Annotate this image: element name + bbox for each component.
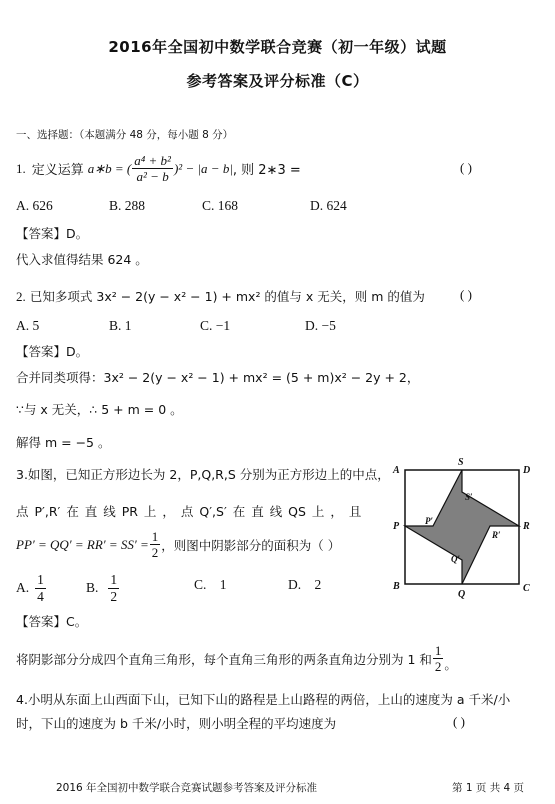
question-1-frac-num: a⁴ + b²	[132, 154, 173, 169]
fraction-numerator: 1	[35, 573, 46, 589]
option-value: 2	[315, 577, 322, 592]
option-fraction: 1 2	[108, 573, 119, 603]
question-2-explanation-3: 解得 m = −5 。	[16, 433, 110, 451]
label-s: S	[458, 457, 464, 468]
question-4-answer-blank: ( )	[453, 714, 465, 730]
question-2-answer: 【答案】D。	[16, 342, 88, 360]
question-3-option-a: A. 1 4	[16, 573, 47, 603]
question-1-option-b: B. 288	[109, 198, 145, 214]
question-2-number: 2.	[16, 289, 26, 304]
question-3-option-b: B. 1 2	[86, 573, 120, 603]
question-4-stem-line-1: 4.小明从东面上山西面下山，已知下山的路程是上山路程的两倍，上山的速度为 a 千…	[16, 690, 510, 708]
label-q-prime: Q′	[451, 554, 460, 564]
question-2-answer-blank: ( )	[460, 287, 472, 303]
question-3-stem-line-1: 3.如图，已知正方形边长为 2，P,Q,R,S 分别为正方形边上的中点，	[16, 465, 390, 483]
fraction-numerator: 1	[150, 530, 161, 545]
label-p: P	[393, 521, 400, 532]
label-s-prime: S′	[465, 492, 473, 502]
document-title: 2016年全国初中数学联合竞赛（初一年级）试题	[0, 36, 555, 57]
question-2-option-b: B. 1	[109, 318, 132, 334]
question-3-explanation: 将阴影部分分成四个直角三角形，每个直角三角形的两条直角边分别为 1 和 1 2 …	[16, 644, 457, 673]
question-2-option-c: C. −1	[200, 318, 230, 334]
option-label: D.	[288, 577, 301, 592]
question-3-stem-line-3: PP′ = QQ′ = RR′ = SS′ = 1 2 ，则图中阴影部分的面积为…	[16, 530, 340, 559]
square-figure: A D B C S Q P R S′ P′ R′ Q′	[380, 450, 555, 610]
question-1-frac-den: a² − b	[137, 169, 169, 183]
question-1-fraction: a⁴ + b² a² − b	[132, 154, 173, 183]
question-2-explanation-2: ∵与 x 无关，∴ 5 + m = 0 。	[16, 400, 183, 418]
question-1-option-a: A. 626	[16, 198, 53, 214]
question-3-stem-suffix: ，则图中阴影部分的面积为（ ）	[161, 536, 340, 554]
question-1-expr-rest: )² − |a − b|	[174, 161, 233, 177]
fraction-denominator: 2	[435, 659, 442, 673]
explanation-text: 将阴影部分分成四个直角三角形，每个直角三角形的两条直角边分别为 1 和	[16, 650, 432, 668]
option-fraction: 1 4	[35, 573, 46, 603]
question-2-stem: 2. 已知多项式 3x² − 2(y − x² − 1) + mx² 的值与 x…	[16, 287, 425, 305]
question-1-stem: 1. 定义运算 a∗b = ( a⁴ + b² a² − b )² − |a −…	[16, 154, 301, 183]
question-1-answer: 【答案】D。	[16, 224, 88, 242]
question-1-option-d: D. 624	[310, 198, 347, 214]
question-3-condition-fraction: 1 2	[150, 530, 161, 559]
question-2-option-a: A. 5	[16, 318, 39, 334]
fraction-denominator: 2	[152, 545, 159, 559]
fraction-denominator: 4	[37, 589, 44, 604]
explanation-end: 。	[444, 655, 457, 673]
question-3-stem-line-2: 点 P′,R′ 在 直 线 PR 上 ， 点 Q′,S′ 在 直 线 QS 上 …	[16, 502, 361, 520]
fraction-denominator: 2	[110, 589, 117, 604]
section-heading: 一、选择题：（本题满分 48 分，每小题 8 分）	[16, 127, 233, 142]
question-1-suffix: , 则 2∗3 =	[233, 159, 301, 178]
question-1-explanation: 代入求值得结果 624 。	[16, 250, 148, 268]
label-b: B	[392, 581, 400, 592]
option-value: 1	[220, 577, 227, 592]
question-2-explanation-1: 合并同类项得：3x² − 2(y − x² − 1) + mx² = (5 + …	[16, 368, 419, 386]
question-1-option-c: C. 168	[202, 198, 238, 214]
label-c: C	[523, 583, 530, 594]
option-label: A.	[16, 580, 29, 596]
question-3-option-d: D. 2	[288, 577, 321, 593]
label-p-prime: P′	[425, 516, 433, 526]
fraction-numerator: 1	[433, 644, 444, 659]
option-label: C.	[194, 577, 206, 592]
label-q: Q	[458, 589, 465, 600]
question-4-stem-line-2: 时，下山的速度为 b 千米/小时，则小明全程的平均速度为	[16, 714, 336, 732]
fraction-numerator: 1	[108, 573, 119, 589]
option-label: B.	[86, 580, 98, 596]
label-r: R	[522, 521, 530, 532]
question-1-number: 1.	[16, 161, 26, 177]
shaded-region	[405, 470, 519, 584]
label-r-prime: R′	[491, 530, 501, 540]
footer-title: 2016 年全国初中数学联合竞赛试题参考答案及评分标准	[56, 780, 317, 795]
page-number: 第 1 页 共 4 页	[452, 780, 524, 795]
question-3-option-c: C. 1	[194, 577, 227, 593]
question-1-answer-blank: ( )	[460, 160, 472, 176]
question-1-prefix: 定义运算	[32, 159, 84, 178]
document-subtitle: 参考答案及评分标准（C）	[0, 70, 555, 91]
label-d: D	[522, 465, 530, 476]
explanation-fraction: 1 2	[433, 644, 444, 673]
question-2-option-d: D. −5	[305, 318, 336, 334]
question-2-text: 已知多项式 3x² − 2(y − x² − 1) + mx² 的值与 x 无关…	[30, 289, 425, 304]
question-3-answer: 【答案】C。	[16, 612, 87, 630]
question-1-expr-lhs: a∗b = (	[88, 161, 132, 177]
label-a: A	[392, 465, 400, 476]
question-3-condition-expr: PP′ = QQ′ = RR′ = SS′ =	[16, 537, 149, 553]
